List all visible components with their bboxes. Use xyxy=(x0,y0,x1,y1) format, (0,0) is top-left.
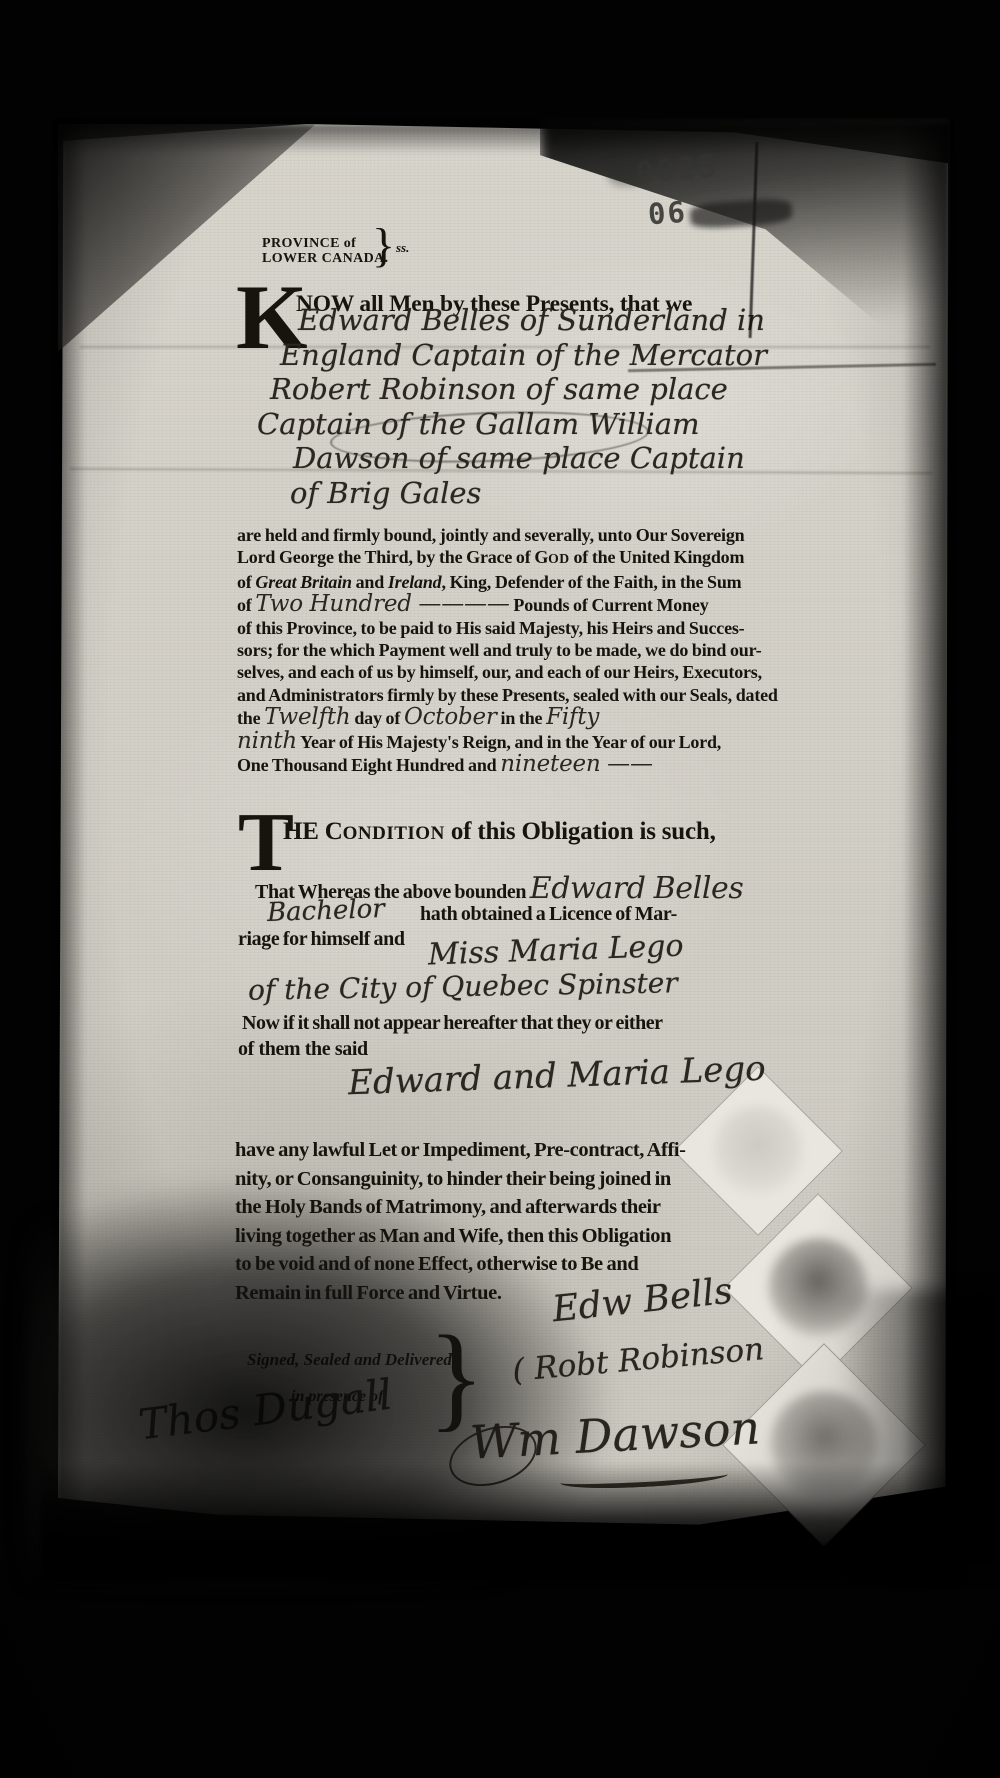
handwritten-principals: Edward Belles of Sunderland inEngland Ca… xyxy=(257,303,767,510)
text-segment: Pounds of Current Money xyxy=(510,595,709,615)
text-segment: One Thousand Eight Hundred and xyxy=(237,755,500,775)
text-segment: the xyxy=(237,708,264,728)
print-line: the Holy Bands of Matrimony, and afterwa… xyxy=(235,1193,686,1222)
text-segment: the Holy Bands of Matrimony, and afterwa… xyxy=(235,1196,661,1218)
print-line: One Thousand Eight Hundred and nineteen … xyxy=(237,753,778,776)
print-line: of this Province, to be paid to His said… xyxy=(237,617,778,639)
text-segment: of xyxy=(237,572,255,592)
print-line: ninth Year of His Majesty's Reign, and i… xyxy=(237,730,778,753)
print-line: are held and firmly bound, jointly and s… xyxy=(237,524,778,546)
now-if-line-1: Now if it shall not appear hereafter tha… xyxy=(242,1012,662,1035)
text-segment: are held and firmly bound, jointly and s… xyxy=(237,525,744,545)
text-segment: of the United Kingdom xyxy=(570,547,745,567)
archival-stamp-number-2: 06 xyxy=(647,195,688,232)
province-line-1: PROVINCE of xyxy=(262,236,389,251)
handwritten-line: of Brig Gales xyxy=(290,476,767,511)
print-line: sors; for the which Payment well and tru… xyxy=(237,639,778,661)
text-segment: Year of His Majesty's Reign, and in the … xyxy=(297,732,721,752)
text-segment: ninth xyxy=(237,728,297,754)
text-segment: have any lawful Let or Impediment, Pre-c… xyxy=(235,1139,686,1161)
text-segment: Edward Belles xyxy=(530,871,744,906)
handwritten-line: Edward Belles of Sunderland in xyxy=(298,303,767,338)
print-line: the Twelfth day of October in the Fifty xyxy=(237,706,778,729)
text-segment: Ireland xyxy=(388,572,442,592)
text-segment: of xyxy=(237,595,255,615)
text-segment: ONDITION xyxy=(343,823,445,844)
handwritten-line: Dawson of same place Captain xyxy=(293,441,767,476)
text-segment: Two Hundred ———— xyxy=(255,591,509,617)
text-segment: Twelfth xyxy=(264,704,350,730)
print-line: of Two Hundred ———— Pounds of Current Mo… xyxy=(237,593,778,616)
province-line-2: LOWER CANADA. xyxy=(262,251,389,266)
licence-line-1: hath obtained a Licence of Mar- xyxy=(420,903,677,926)
handwritten-line: Captain of the Gallam William xyxy=(257,407,767,442)
print-line: Lord George the Third, by the Grace of G… xyxy=(237,546,778,570)
text-segment: sors; for the which Payment well and tru… xyxy=(237,640,762,660)
bond-paragraph: are held and firmly bound, jointly and s… xyxy=(237,524,778,776)
print-line: nity, or Consanguinity, to hinder their … xyxy=(235,1165,686,1194)
text-segment: nity, or Consanguinity, to hinder their … xyxy=(235,1168,671,1190)
print-line: selves, and each of us by himself, our, … xyxy=(237,661,778,683)
text-segment: day of xyxy=(351,708,404,728)
print-line: living together as Man and Wife, then th… xyxy=(235,1222,686,1251)
text-segment: in the xyxy=(497,708,546,728)
text-segment: OD xyxy=(548,551,570,566)
text-segment: of this Province, to be paid to His said… xyxy=(237,618,744,638)
now-if-line-2: of them the said xyxy=(238,1038,368,1061)
licence-line-2: riage for himself and xyxy=(238,928,405,951)
text-segment: October xyxy=(404,704,497,730)
print-line: and Administrators firmly by these Prese… xyxy=(237,684,778,706)
text-segment: Remain in full Force and Virtue. xyxy=(235,1282,502,1304)
header-brace: } xyxy=(372,222,395,270)
groom-status-handwritten: Bachelor xyxy=(267,894,386,928)
print-line: of Great Britain and Ireland, King, Defe… xyxy=(237,571,778,593)
handwritten-line: Robert Robinson of same place xyxy=(270,372,767,407)
text-segment: and xyxy=(352,572,388,592)
text-segment: , King, Defender of the Faith, in the Su… xyxy=(441,572,741,592)
text-segment: Great Britain xyxy=(255,572,351,592)
text-segment: selves, and each of us by himself, our, … xyxy=(237,662,762,682)
text-segment: living together as Man and Wife, then th… xyxy=(235,1225,671,1247)
text-segment: Lord George the Third, by the Grace of G xyxy=(237,547,548,567)
text-segment: nineteen —— xyxy=(500,751,652,777)
document-scan: 0025 06 PROVINCE of LOWER CANADA. } ss. … xyxy=(0,0,1000,1778)
text-segment: Fifty xyxy=(546,704,599,730)
text-segment: HE C xyxy=(283,818,343,845)
jurisdiction-abbrev: ss. xyxy=(396,240,409,256)
print-line: to be void and of none Effect, otherwise… xyxy=(235,1250,686,1279)
text-segment: of this Obligation is such, xyxy=(445,818,716,845)
condition-heading: HE CONDITION of this Obligation is such, xyxy=(283,818,716,846)
attestation-line-1: Signed, Sealed and Delivered, xyxy=(247,1350,456,1370)
text-segment: and Administrators firmly by these Prese… xyxy=(237,685,778,705)
handwritten-line: England Captain of the Mercator xyxy=(280,338,767,373)
province-header: PROVINCE of LOWER CANADA. xyxy=(262,236,389,266)
print-line: have any lawful Let or Impediment, Pre-c… xyxy=(235,1136,686,1165)
text-segment: to be void and of none Effect, otherwise… xyxy=(235,1253,638,1275)
